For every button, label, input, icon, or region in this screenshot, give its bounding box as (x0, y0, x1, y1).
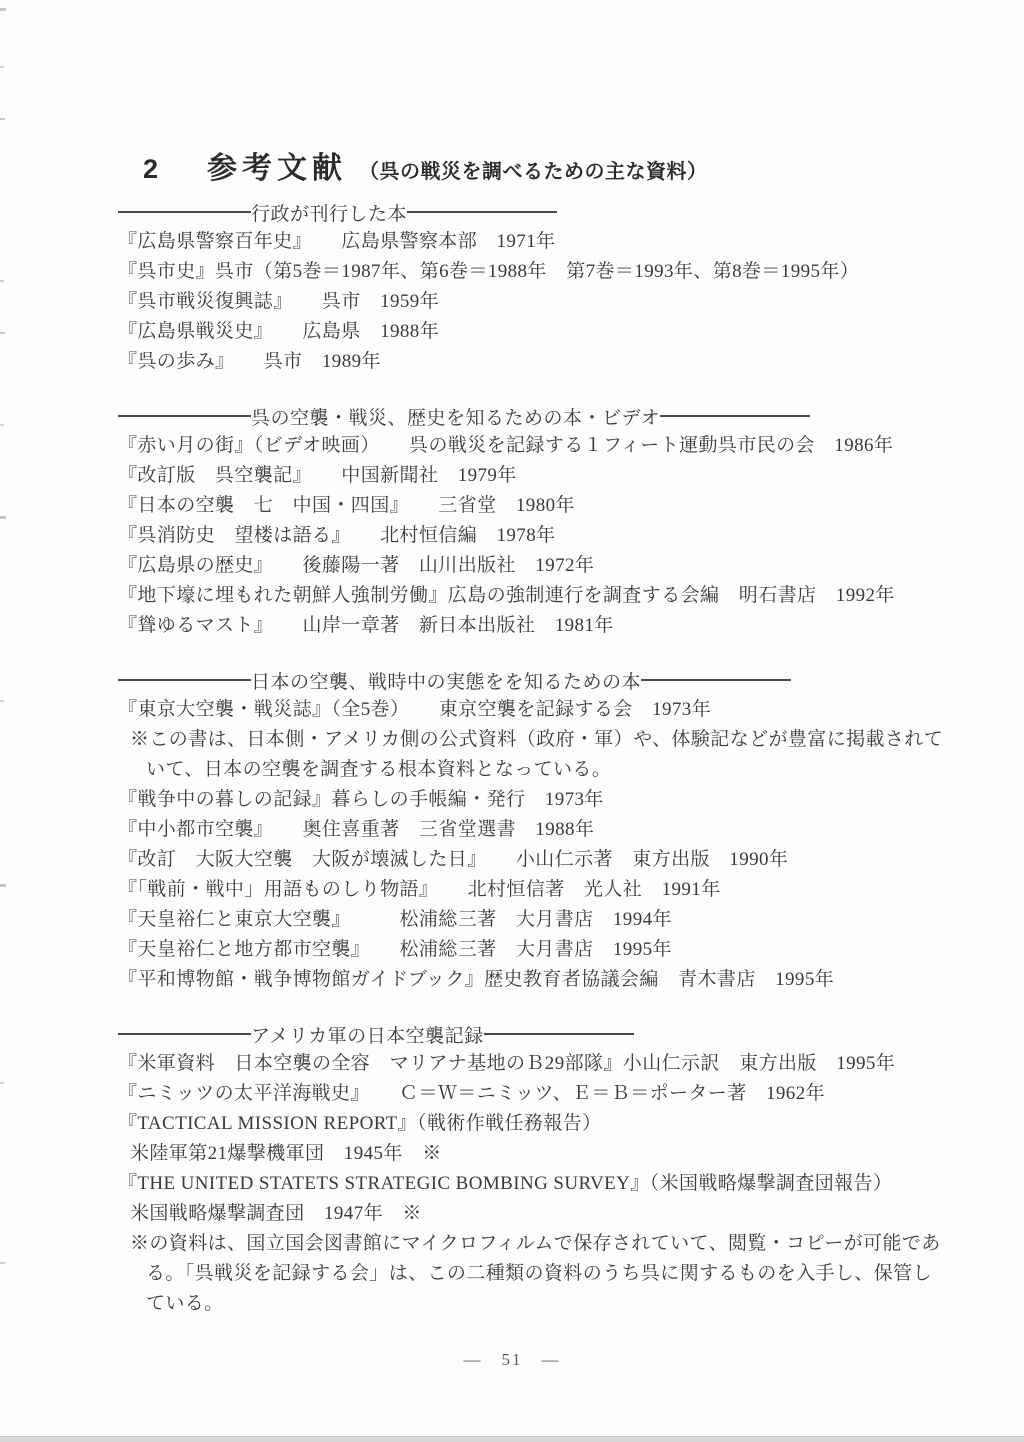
bibliography-entry: 『米軍資料 日本空襲の全容 マリアナ基地のＢ29部隊』小山仁示訳 東方出版 19… (118, 1049, 998, 1079)
bibliography-entry: 『日本の空襲 七 中国・四国』 三省堂 1980年 (118, 491, 998, 521)
bibliography-entry: 『地下壕に埋もれた朝鮮人強制労働』広島の強制連行を調査する会編 明石書店 199… (118, 581, 998, 611)
dash-rule (118, 415, 251, 417)
bibliography-note: ※の資料は、国立国会図書館にマイクロフィルムで保存されていて、閲覧・コピーが可能… (118, 1229, 998, 1259)
bibliography-entry: 『天皇裕仁と地方都市空襲』 松浦総三著 大月書店 1995年 (118, 935, 998, 965)
section-heading-label: 日本の空襲、戦時中の実態をを知るための本 (251, 667, 641, 694)
bibliography-entry: 『天皇裕仁と東京大空襲』 松浦総三著 大月書店 1994年 (118, 905, 998, 935)
scan-artifact (0, 280, 4, 282)
scan-artifact (0, 66, 4, 68)
page-number: ― 51 ― (0, 1345, 1024, 1370)
bibliography-entry: 『戦争中の暮しの記録』暮らしの手帳編・発行 1973年 (118, 785, 998, 815)
dash-rule (660, 415, 810, 417)
bibliography-entry: 『TACTICAL MISSION REPORT』（戦術作戦任務報告） (118, 1109, 998, 1139)
bibliography-entry: 『広島県の歴史』 後藤陽一著 山川出版社 1972年 (118, 551, 998, 581)
section-heading-label: 呉の空襲・戦災、歴史を知るための本・ビデオ (251, 403, 660, 430)
bibliography-note: ている。 (118, 1289, 998, 1319)
bibliography-entry: 『広島県戦災史』 広島県 1988年 (118, 317, 998, 347)
bibliography-entry: 『聳ゆるマスト』 山岸一章著 新日本出版社 1981年 (118, 611, 998, 641)
section-heading: 日本の空襲、戦時中の実態をを知るための本 (118, 665, 998, 695)
section-heading-label: アメリカ軍の日本空襲記録 (251, 1021, 484, 1048)
bibliography-entry: 『赤い月の街』（ビデオ映画） 呉の戦災を記録する１フィート運動呉市民の会 198… (118, 431, 998, 461)
bibliography-entry: 『呉市史』呉市（第5巻＝1987年、第6巻＝1988年 第7巻＝1993年、第8… (118, 257, 998, 287)
bibliography-entry: 『呉消防史 望楼は語る』 北村恒信編 1978年 (118, 521, 998, 551)
bibliography-note: る。「呉戦災を記録する会」は、この二種類の資料のうち呉に関するものを入手し、保管… (118, 1259, 998, 1289)
scan-artifact (0, 8, 6, 11)
bibliography-entry: 米陸軍第21爆撃機軍団 1945年 ※ (118, 1139, 998, 1169)
bibliography-entry: 『平和博物館・戦争博物館ガイドブック』歴史教育者協議会編 青木書店 1995年 (118, 965, 998, 995)
dash-rule (118, 1033, 251, 1035)
scan-artifact (0, 516, 6, 519)
title-text: 参考文献 (207, 143, 347, 187)
dash-rule (407, 211, 557, 213)
bibliography-entry: 『改訂版 呉空襲記』 中国新聞社 1979年 (118, 461, 998, 491)
scan-artifact (0, 332, 5, 334)
bibliography-note: いて、日本の空襲を調査する根本資料となっている。 (118, 755, 998, 785)
scan-artifact (0, 118, 5, 120)
section-kure-air-raid-books: 呉の空襲・戦災、歴史を知るための本・ビデオ 『赤い月の街』（ビデオ映画） 呉の戦… (118, 401, 998, 641)
bibliography-entry: 『改訂 大阪大空襲 大阪が壊滅した日』 小山仁示著 東方出版 1990年 (118, 845, 998, 875)
bibliography-entry: 『呉市戦災復興誌』 呉市 1959年 (118, 287, 998, 317)
bibliography-entry: 米国戦略爆撃調査団 1947年 ※ (118, 1199, 998, 1229)
title-subtitle: （呉の戦災を調べるための主な資料） (359, 155, 708, 184)
bibliography-entry: 『「戦前・戦中」用語ものしり物語』 北村恒信著 光人社 1991年 (118, 875, 998, 905)
section-heading: 呉の空襲・戦災、歴史を知るための本・ビデオ (118, 401, 998, 431)
section-japan-air-raid-books: 日本の空襲、戦時中の実態をを知るための本 『東京大空襲・戦災誌』（全5巻） 東京… (118, 665, 998, 995)
scan-artifact (0, 424, 4, 426)
section-us-military-records: アメリカ軍の日本空襲記録 『米軍資料 日本空襲の全容 マリアナ基地のＢ29部隊』… (118, 1019, 998, 1319)
page-bottom-edge (0, 1436, 1024, 1442)
scanned-page: 2 参考文献 （呉の戦災を調べるための主な資料） 行政が刊行した本 『広島県警察… (0, 0, 1024, 1442)
bibliography: 行政が刊行した本 『広島県警察百年史』 広島県警察本部 1971年 『呉市史』呉… (118, 197, 998, 1319)
scan-artifact (0, 884, 6, 887)
section-heading: 行政が刊行した本 (118, 197, 998, 227)
bibliography-entry: 『中小都市空襲』 奥住喜重著 三省堂選書 1988年 (118, 815, 998, 845)
section-heading-label: 行政が刊行した本 (251, 199, 407, 226)
dash-rule (118, 211, 251, 213)
bibliography-note: ※この書は、日本側・アメリカ側の公式資料（政府・軍）や、体験記などが豊富に掲載さ… (118, 725, 998, 755)
bibliography-entry: 『呉の歩み』 呉市 1989年 (118, 347, 998, 377)
section-heading: アメリカ軍の日本空襲記録 (118, 1019, 998, 1049)
scan-artifact (0, 1082, 4, 1084)
bibliography-entry: 『広島県警察百年史』 広島県警察本部 1971年 (118, 227, 998, 257)
bibliography-entry: 『ニミッツの太平洋海戦史』 Ｃ＝Ｗ＝ニミッツ、Ｅ＝Ｂ＝ポーター著 1962年 (118, 1079, 998, 1109)
page-title: 2 参考文献 （呉の戦災を調べるための主な資料） (143, 143, 708, 187)
bibliography-entry: 『THE UNITED STATETS STRATEGIC BOMBING SU… (118, 1169, 998, 1199)
section-government-books: 行政が刊行した本 『広島県警察百年史』 広島県警察本部 1971年 『呉市史』呉… (118, 197, 998, 377)
dash-rule (118, 679, 251, 681)
bibliography-entry: 『東京大空襲・戦災誌』（全5巻） 東京空襲を記録する会 1973年 (118, 695, 998, 725)
scan-artifact (0, 1262, 5, 1264)
section-number: 2 (143, 154, 158, 185)
dash-rule (641, 679, 791, 681)
scan-artifact (0, 700, 4, 702)
dash-rule (484, 1033, 634, 1035)
